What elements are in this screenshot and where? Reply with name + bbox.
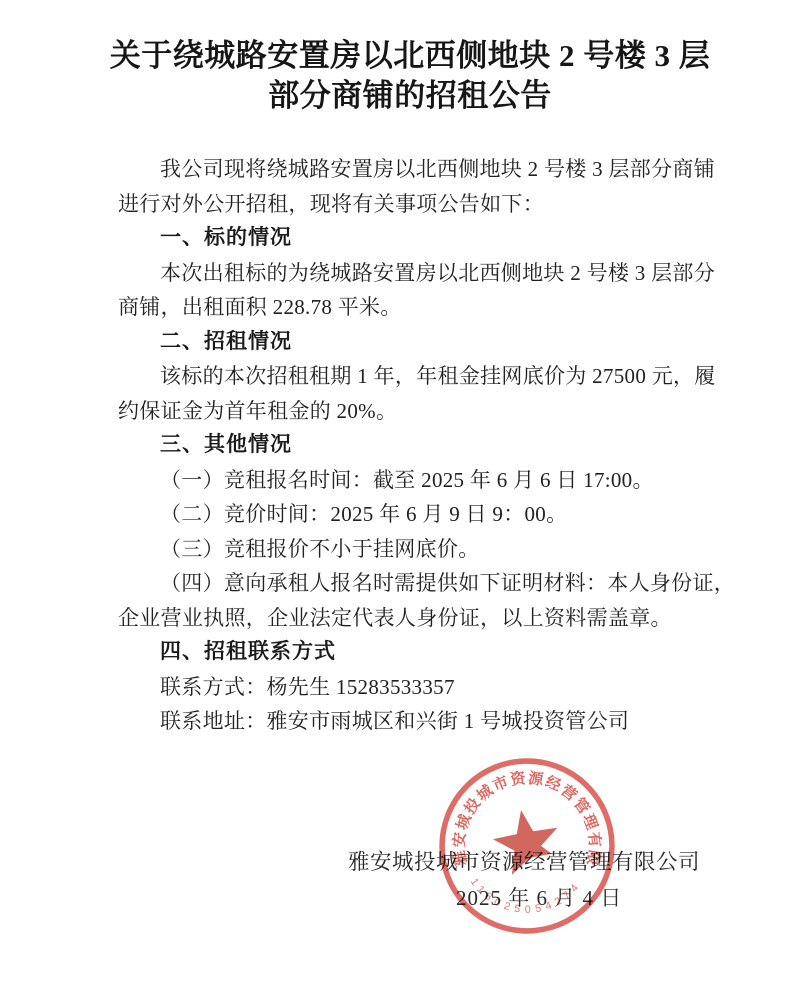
body-line: 联系地址：雅安市雨城区和兴街 1 号城投资管公司 xyxy=(118,704,722,739)
body-line: 我公司现将绕城路安置房以北西侧地块 2 号楼 3 层部分商铺 xyxy=(118,152,722,187)
body-line: （三）竞租报价不小于挂网底价。 xyxy=(118,532,722,567)
body-line: （四）意向承租人报名时需提供如下证明材料：本人身份证， xyxy=(118,566,722,601)
document-title: 关于绕城路安置房以北西侧地块 2 号楼 3 层 部分商铺的招租公告 xyxy=(100,36,720,116)
body-line: 约保证金为首年租金的 20%。 xyxy=(118,394,722,429)
section-heading: 四、招租联系方式 xyxy=(118,635,722,670)
seal-star-icon xyxy=(493,810,557,875)
body-line: 企业营业执照，企业法定代表人身份证，以上资料需盖章。 xyxy=(118,601,722,636)
body-line: 该标的本次招租租期 1 年，年租金挂网底价为 27500 元，履 xyxy=(118,359,722,394)
body-line: （二）竞价时间：2025 年 6 月 9 日 9：00。 xyxy=(118,497,722,532)
body-line: 进行对外公开招租，现将有关事项公告如下： xyxy=(118,187,722,222)
document-body: 我公司现将绕城路安置房以北西侧地块 2 号楼 3 层部分商铺进行对外公开招租，现… xyxy=(118,152,722,739)
body-line: 联系方式：杨先生 15283533357 xyxy=(118,670,722,705)
section-heading: 一、标的情况 xyxy=(118,221,722,256)
body-line: （一）竞租报名时间：截至 2025 年 6 月 6 日 17:00。 xyxy=(118,463,722,498)
body-line: 本次出租标的为绕城路安置房以北西侧地块 2 号楼 3 层部分 xyxy=(118,256,722,291)
section-heading: 三、其他情况 xyxy=(118,428,722,463)
section-heading: 二、招租情况 xyxy=(118,325,722,360)
body-line: 商铺，出租面积 228.78 平米。 xyxy=(118,290,722,325)
svg-text:118025054274: 118025054274 xyxy=(468,876,582,916)
title-line-2: 部分商铺的招租公告 xyxy=(100,76,720,116)
company-seal: 雅安城投城市资源经营管理有限公司 118025054274 xyxy=(436,757,618,939)
title-line-1: 关于绕城路安置房以北西侧地块 2 号楼 3 层 xyxy=(100,36,720,76)
seal-serial-number: 118025054274 xyxy=(468,876,582,916)
document-page: 关于绕城路安置房以北西侧地块 2 号楼 3 层 部分商铺的招租公告 我公司现将绕… xyxy=(0,0,787,982)
